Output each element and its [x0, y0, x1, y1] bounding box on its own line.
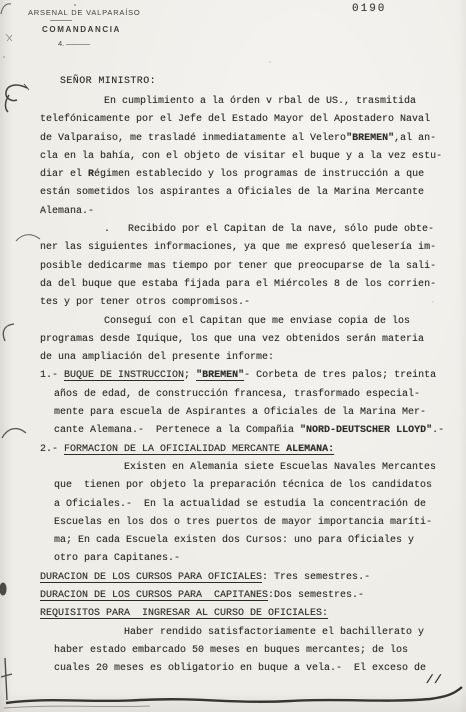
text-segment: Conseguí con el Capitan que me enviase c… — [104, 316, 410, 327]
text-line: cuales 20 meses es obligatorio en buque … — [0, 660, 466, 678]
text-line: da del buque que estaba fijada para el M… — [0, 276, 466, 294]
ink-mark-bracket-tick — [24, 84, 29, 90]
text-line: DURACION DE LOS CURSOS PARA CAPITANES:Do… — [0, 587, 466, 605]
text-segment: cante Alemana.- Pertenece a la Compañia — [54, 425, 300, 436]
text-segment: otro para Capitanes.- — [54, 553, 180, 564]
text-line: de una ampliación del presente informe: — [0, 349, 466, 367]
text-line: programas desde Iquique, los que una vez… — [0, 331, 466, 349]
text-line: telefónicamente por el Jefe del Estado M… — [0, 111, 466, 129]
text-line: Haber rendido satisfactoriamente el bach… — [0, 624, 466, 642]
text-segment: 1.- — [40, 370, 64, 381]
text-line: años de edad, de construcción francesa, … — [0, 386, 466, 404]
text-segment: Haber rendido satisfactoriamente el bach… — [124, 627, 424, 638]
text-segment: que tienen por objeto la preparación téc… — [54, 480, 432, 491]
text-segment: de Valparaiso, me trasladé inmediatament… — [40, 133, 346, 144]
text-segment: DURACION DE LOS CURSOS PARA OFICIALES — [40, 572, 262, 583]
text-segment: haber estado embarcado 50 meses en buque… — [54, 645, 408, 656]
letterhead-mark: 4. — [58, 39, 141, 48]
text-line: 1.- BUQUE DE INSTRUCCION; "BREMEN"- Corb… — [0, 367, 466, 385]
text-segment: a Oficiales.- En la actualidad se estudi… — [54, 499, 426, 510]
text-segment: Alemana.- — [40, 206, 94, 217]
text-segment: tes y por tener otros compromisos.- — [40, 297, 250, 308]
text-segment: BUQUE DE INSTRUCCION — [64, 370, 184, 381]
text-segment: cuales 20 meses es obligatorio en buque … — [54, 663, 426, 674]
document-body: En cumplimiento a la órden v rbal de US.… — [0, 93, 466, 679]
text-segment: "BREMEN" — [196, 370, 244, 381]
text-segment: ma; En cada Escuela existen dos Cursos: … — [54, 535, 414, 546]
text-line: . Recibido por el Capitan de la nave, só… — [0, 221, 466, 239]
text-segment: telefónicamente por el Jefe del Estado M… — [40, 114, 430, 125]
text-segment: - Corbeta de tres palos; treinta — [244, 370, 436, 381]
text-line: posible dedicarme mas tiempo por tener q… — [0, 258, 466, 276]
text-line: cla en la bahía, con el objeto de visita… — [0, 148, 466, 166]
ink-speck — [74, 4, 76, 6]
ink-mark-corner — [1, 4, 11, 14]
text-segment: están sometidos los aspirantes a Oficial… — [40, 187, 424, 198]
text-line: haber estado embarcado 50 meses en buque… — [0, 642, 466, 660]
text-segment: ner las siguientes informaciones, ya que… — [40, 242, 436, 253]
text-segment: :Dos semestres.- — [268, 590, 364, 601]
text-segment: programas desde Iquique, los que una vez… — [40, 334, 424, 345]
text-line: Alemana.- — [0, 203, 466, 221]
page-number-stamp: 0190 — [352, 3, 386, 15]
letterhead: ARSENAL DE VALPARAÍSO COMANDANCIA 4. — [28, 8, 141, 48]
text-segment: ; — [184, 370, 196, 381]
letterhead-division: COMANDANCIA — [42, 25, 141, 34]
text-line: de Valparaiso, me trasladé inmediatament… — [0, 130, 466, 148]
ink-mark-x — [6, 34, 12, 41]
text-line: están sometidos los aspirantes a Oficial… — [0, 184, 466, 202]
text-segment: cla en la bahía, con el objeto de visita… — [40, 151, 442, 162]
scan-edge-line — [6, 687, 462, 703]
text-line: ma; En cada Escuela existen dos Cursos: … — [0, 532, 466, 550]
text-segment: Escuelas en los dos o tres puertos de ma… — [54, 517, 432, 528]
text-segment: : Tres semestres.- — [262, 572, 370, 583]
letterhead-mark-line — [66, 44, 90, 45]
text-line: que tienen por objeto la preparación téc… — [0, 477, 466, 495]
text-segment: "NORD-DEUTSCHER LLOYD" — [300, 425, 432, 436]
text-line: mente para escuela de Aspirantes a Ofici… — [0, 404, 466, 422]
text-segment: "BREMEN" — [346, 133, 394, 144]
text-segment: posible dedicarme mas tiempo por tener q… — [40, 261, 436, 272]
text-segment: REQUISITOS PARA INGRESAR AL CURSO DE OFI… — [40, 608, 328, 619]
text-segment: DURACION DE LOS CURSOS PARA CAPITANES — [40, 590, 268, 601]
text-line: a Oficiales.- En la actualidad se estudi… — [0, 496, 466, 514]
text-segment: mente para escuela de Aspirantes a Ofici… — [54, 407, 426, 418]
text-line: Escuelas en los dos o tres puertos de ma… — [0, 514, 466, 532]
text-line: tes y por tener otros compromisos.- — [0, 294, 466, 312]
text-segment: En cumplimiento a la órden v rbal de US.… — [104, 96, 416, 107]
text-segment: ALEMANA: — [286, 444, 334, 455]
text-line: En cumplimiento a la órden v rbal de US.… — [0, 93, 466, 111]
letterhead-mark-text: 4. — [58, 39, 64, 48]
text-line: REQUISITOS PARA INGRESAR AL CURSO DE OFI… — [0, 605, 466, 623]
text-segment: diar el — [40, 169, 88, 180]
text-segment: 2.- — [40, 444, 64, 455]
text-line: ner las siguientes informaciones, ya que… — [0, 239, 466, 257]
text-segment: Existen en Alemania siete Escuelas Naval… — [124, 462, 436, 473]
letterhead-organization: ARSENAL DE VALPARAÍSO — [28, 8, 141, 17]
text-line: cante Alemana.- Pertenece a la Compañia … — [0, 422, 466, 440]
text-segment: . Recibido por el Capitan de la nave, só… — [104, 224, 434, 235]
ink-speck — [269, 61, 270, 62]
salutation: SEÑOR MINISTRO: — [60, 76, 156, 87]
text-line: DURACION DE LOS CURSOS PARA OFICIALES: T… — [0, 569, 466, 587]
text-segment: égimen establecido y los programas de in… — [94, 169, 424, 180]
text-segment: de una ampliación del presente informe: — [40, 352, 274, 363]
text-segment: años de edad, de construcción francesa, … — [54, 389, 420, 400]
text-line: 2.- FORMACION DE LA OFICIALIDAD MERCANTE… — [0, 441, 466, 459]
text-segment: .- — [432, 425, 444, 436]
document-page: 0190 ARSENAL DE VALPARAÍSO COMANDANCIA 4… — [0, 0, 466, 712]
ink-speck — [3, 56, 5, 58]
text-line: otro para Capitanes.- — [0, 550, 466, 568]
continuation-mark: // — [425, 673, 443, 687]
text-segment: ,al an- — [394, 133, 436, 144]
scan-edge-line-echo — [4, 706, 150, 708]
text-segment: da del buque que estaba fijada para el M… — [40, 279, 436, 290]
text-segment: FORMACION DE LA OFICIALIDAD MERCANTE — [64, 444, 286, 455]
letterhead-rule — [50, 20, 72, 21]
text-line: Conseguí con el Capitan que me enviase c… — [0, 313, 466, 331]
text-line: Existen en Alemania siete Escuelas Naval… — [0, 459, 466, 477]
text-line: diar el Régimen establecido y los progra… — [0, 166, 466, 184]
